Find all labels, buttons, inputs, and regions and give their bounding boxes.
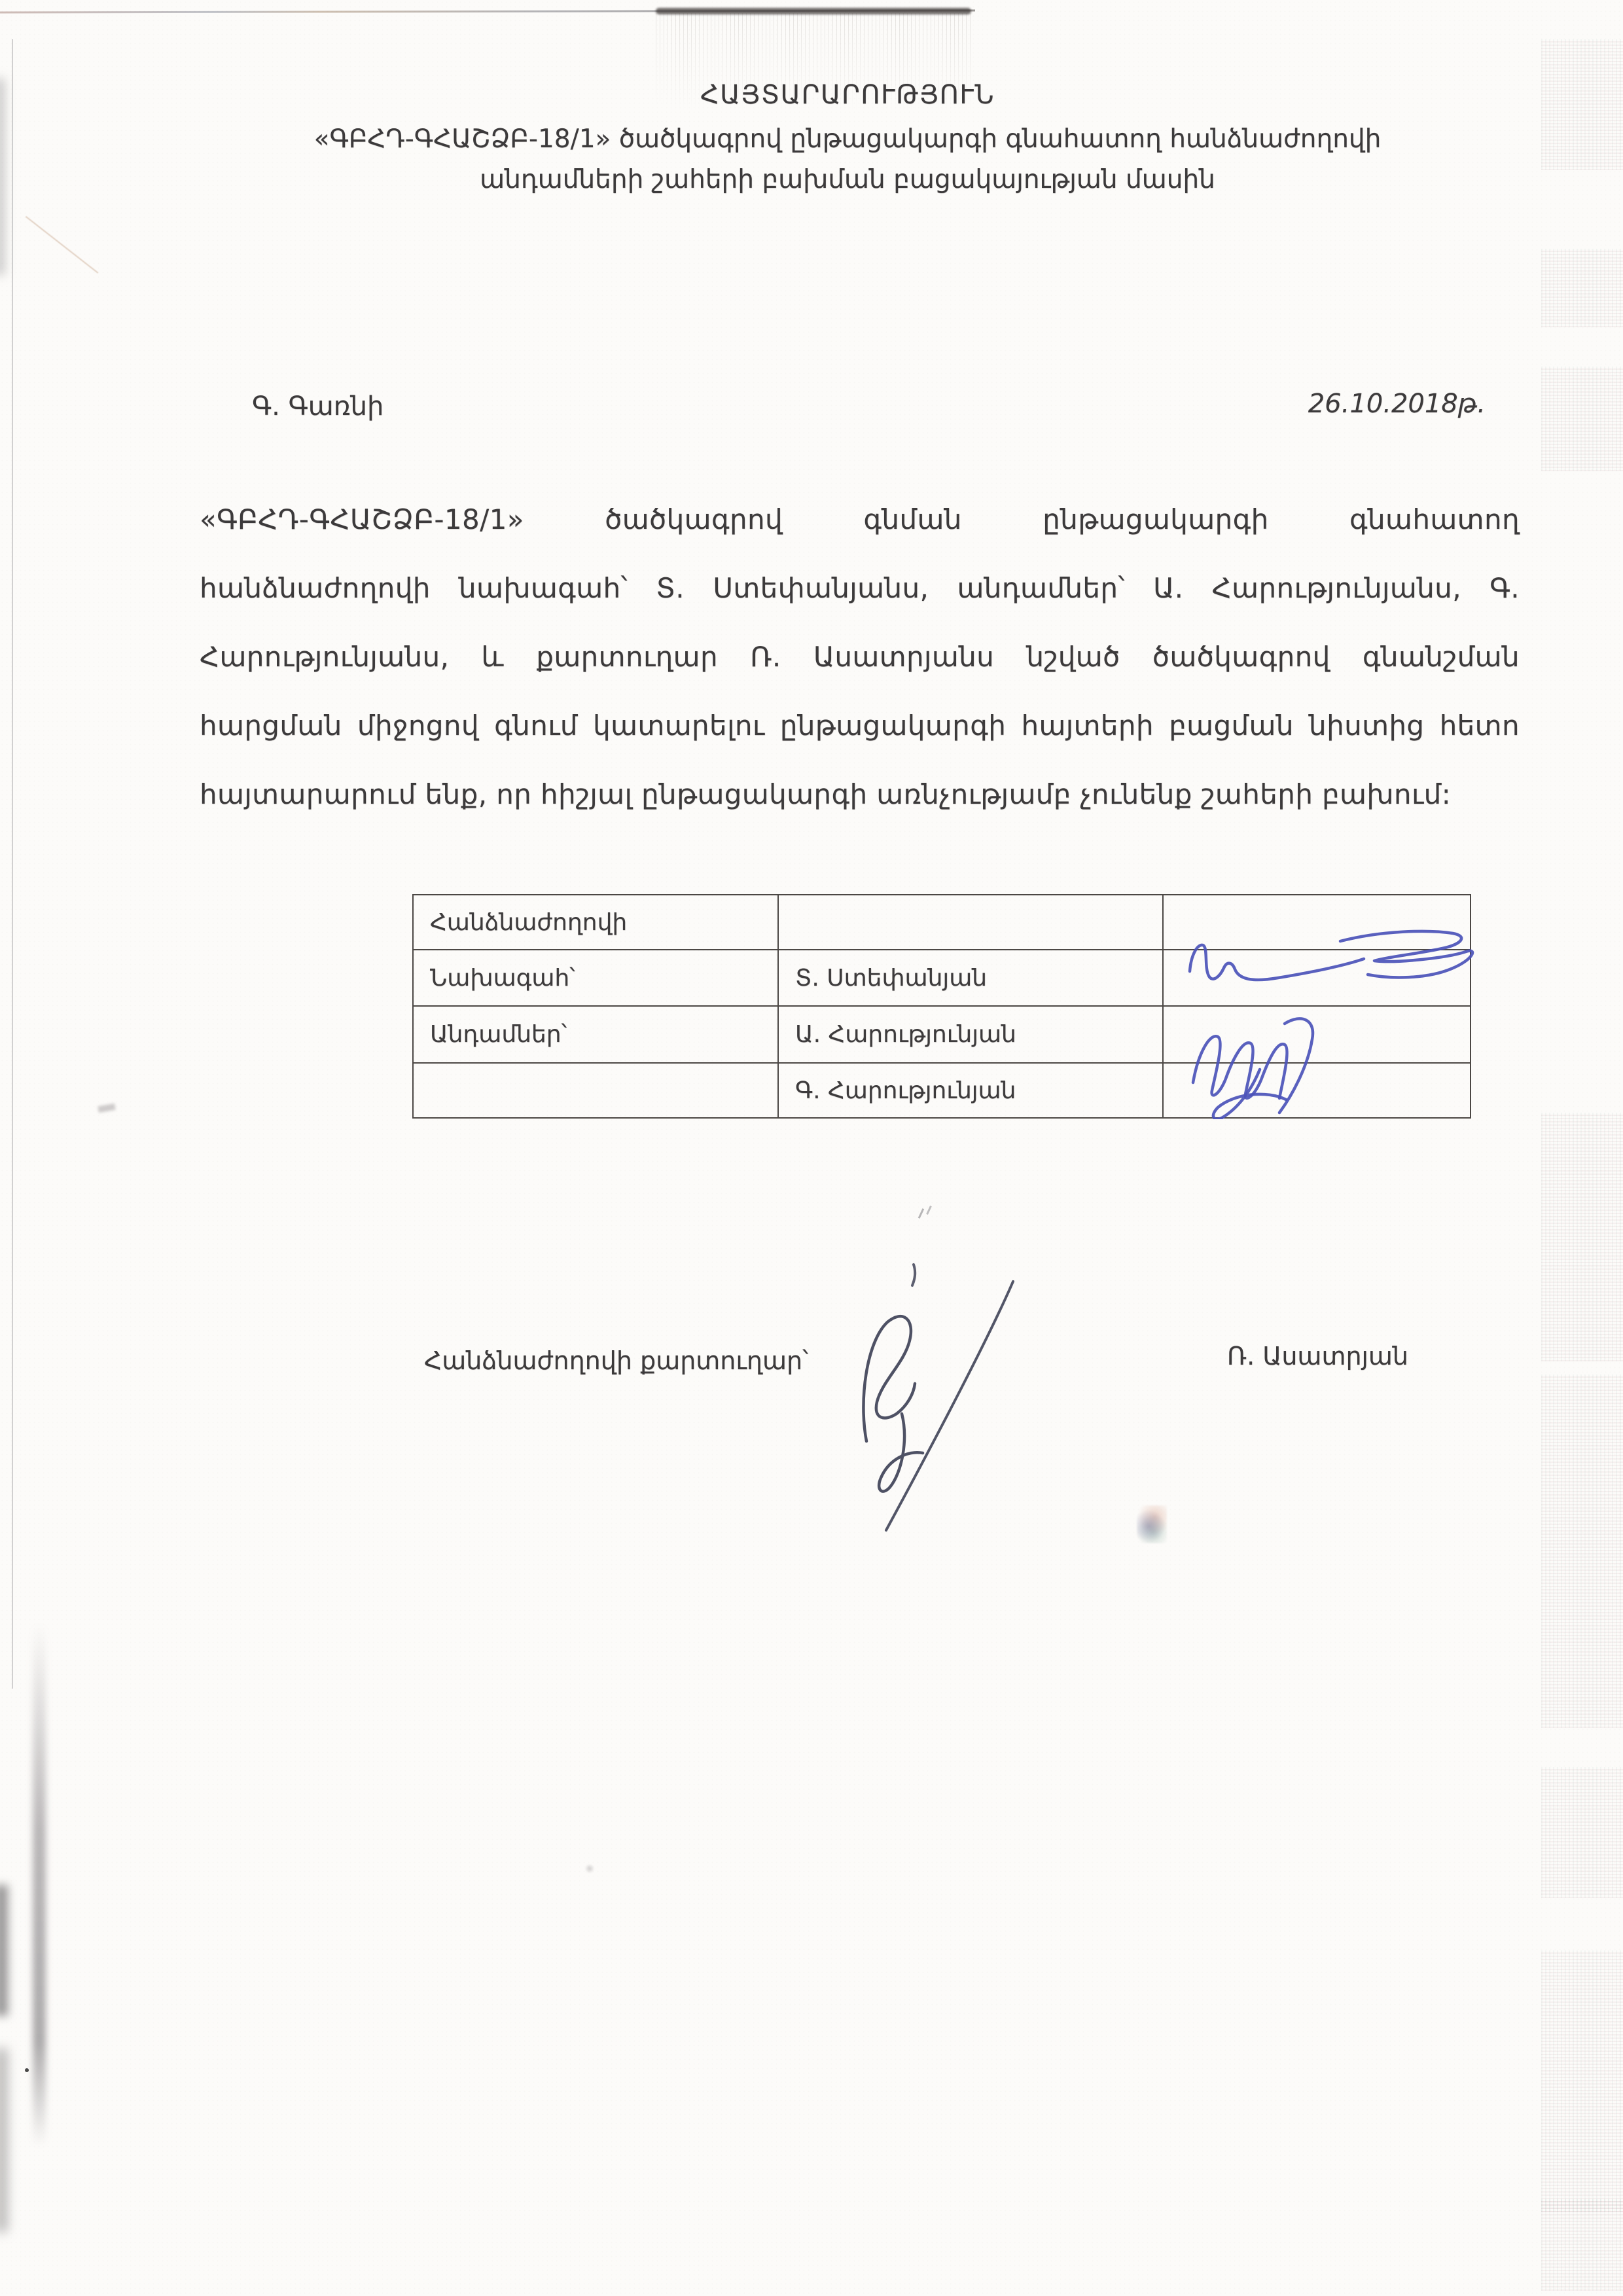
- scan-artifact-right-noise: [1541, 367, 1623, 471]
- scan-artifact-right-noise: [1541, 1505, 1623, 1728]
- scan-artifact-left-blob-2: [0, 2049, 7, 2232]
- document-subtitle-line2: անդամների շահերի բախման բացակայության մա…: [196, 165, 1499, 194]
- scan-artifact-right-noise: [1541, 249, 1623, 327]
- scanned-document-page: ՀԱՅՏԱՐԱՐՈՒԹՅՈՒՆ «ԳԲՀԴ-ԳՀԱՇՁԲ-18/1» ծածկա…: [0, 0, 1623, 2296]
- secretary-name: Ռ. Ասատրյան: [1227, 1342, 1408, 1371]
- scan-artifact-top-edge-line: [0, 9, 975, 13]
- chairman-signature: [1171, 911, 1479, 1009]
- scan-artifact-dot: [25, 2068, 29, 2072]
- member-signature: [1181, 1009, 1364, 1119]
- scan-artifact-smudge: [98, 1103, 115, 1113]
- scan-artifact-left-blob-top: [0, 79, 4, 275]
- scan-artifact-right-noise: [1541, 1950, 1623, 2212]
- cell-members-label: Անդամներ՝: [413, 1006, 778, 1063]
- signature-stroke: [879, 1414, 923, 1492]
- body-line-5: հայտարարում ենք, որ հիշյալ ընթացակարգի ա…: [200, 778, 1520, 812]
- document-date: 26.10.2018թ.: [1308, 389, 1486, 419]
- document-subtitle-line1: «ԳԲՀԴ-ԳՀԱՇՁԲ-18/1» ծածկագրով ընթացակարգի…: [196, 124, 1499, 154]
- signature-stroke: [912, 1265, 915, 1285]
- scan-artifact-right-noise: [1541, 1113, 1623, 1361]
- secretary-signature: [804, 1257, 1039, 1545]
- scan-artifact-right-noise: [1541, 2199, 1623, 2291]
- cell-member2-name: Գ. Հարությունյան: [778, 1063, 1163, 1118]
- cell-chairman-name: Տ. Ստեփանյան: [778, 950, 1163, 1006]
- body-line-2: հանձնաժողովի նախագահ՝ Տ. Ստեփանյանս, անդ…: [200, 571, 1520, 605]
- signature-stroke: [1340, 931, 1472, 978]
- scan-artifact-left-blob-1: [0, 1885, 8, 2016]
- scan-artifact-right-noise: [1541, 1374, 1623, 1505]
- cell-member1-name: Ա. Հարությունյան: [778, 1006, 1163, 1063]
- body-line-1: «ԳԲՀԴ-ԳՀԱՇՁԲ-18/1» ծածկագրով գնման ընթաց…: [200, 503, 1520, 537]
- cell-chairman-label: Նախագահ՝: [413, 950, 778, 1006]
- signature-stroke: [1193, 1036, 1287, 1098]
- signature-stroke: [1190, 945, 1364, 980]
- scan-artifact-left-streak: [33, 1623, 46, 2147]
- document-title: ՀԱՅՏԱՐԱՐՈՒԹՅՈՒՆ: [196, 80, 1499, 110]
- scan-artifact-tick: [918, 1208, 924, 1219]
- cell-empty: [413, 1063, 778, 1118]
- scan-artifact-top-dark-band: [656, 8, 971, 14]
- scan-artifact-left-edge-line: [12, 39, 13, 1689]
- place-name: Գ. Գառնի: [252, 391, 383, 422]
- signature-stroke: [863, 1316, 915, 1441]
- scan-artifact-color-speck: [1137, 1505, 1167, 1543]
- scan-artifact-right-noise: [1541, 39, 1623, 170]
- scan-artifact-smudge: [584, 1864, 595, 1873]
- body-line-3: Հարությունյանս, և քարտուղար Ռ. Ասատրյանս…: [200, 640, 1520, 674]
- secretary-label: Հանձնաժողովի քարտուղար՝: [424, 1346, 808, 1375]
- body-line-4: հարցման միջոցով գնում կատարելու ընթացակա…: [200, 709, 1520, 743]
- scan-artifact-tick: [926, 1206, 932, 1215]
- cell-committee-label: Հանձնաժողովի: [413, 895, 778, 950]
- cell-empty: [778, 895, 1163, 950]
- scan-artifact-right-noise: [1541, 1767, 1623, 1898]
- scan-artifact-scratch: [26, 216, 99, 274]
